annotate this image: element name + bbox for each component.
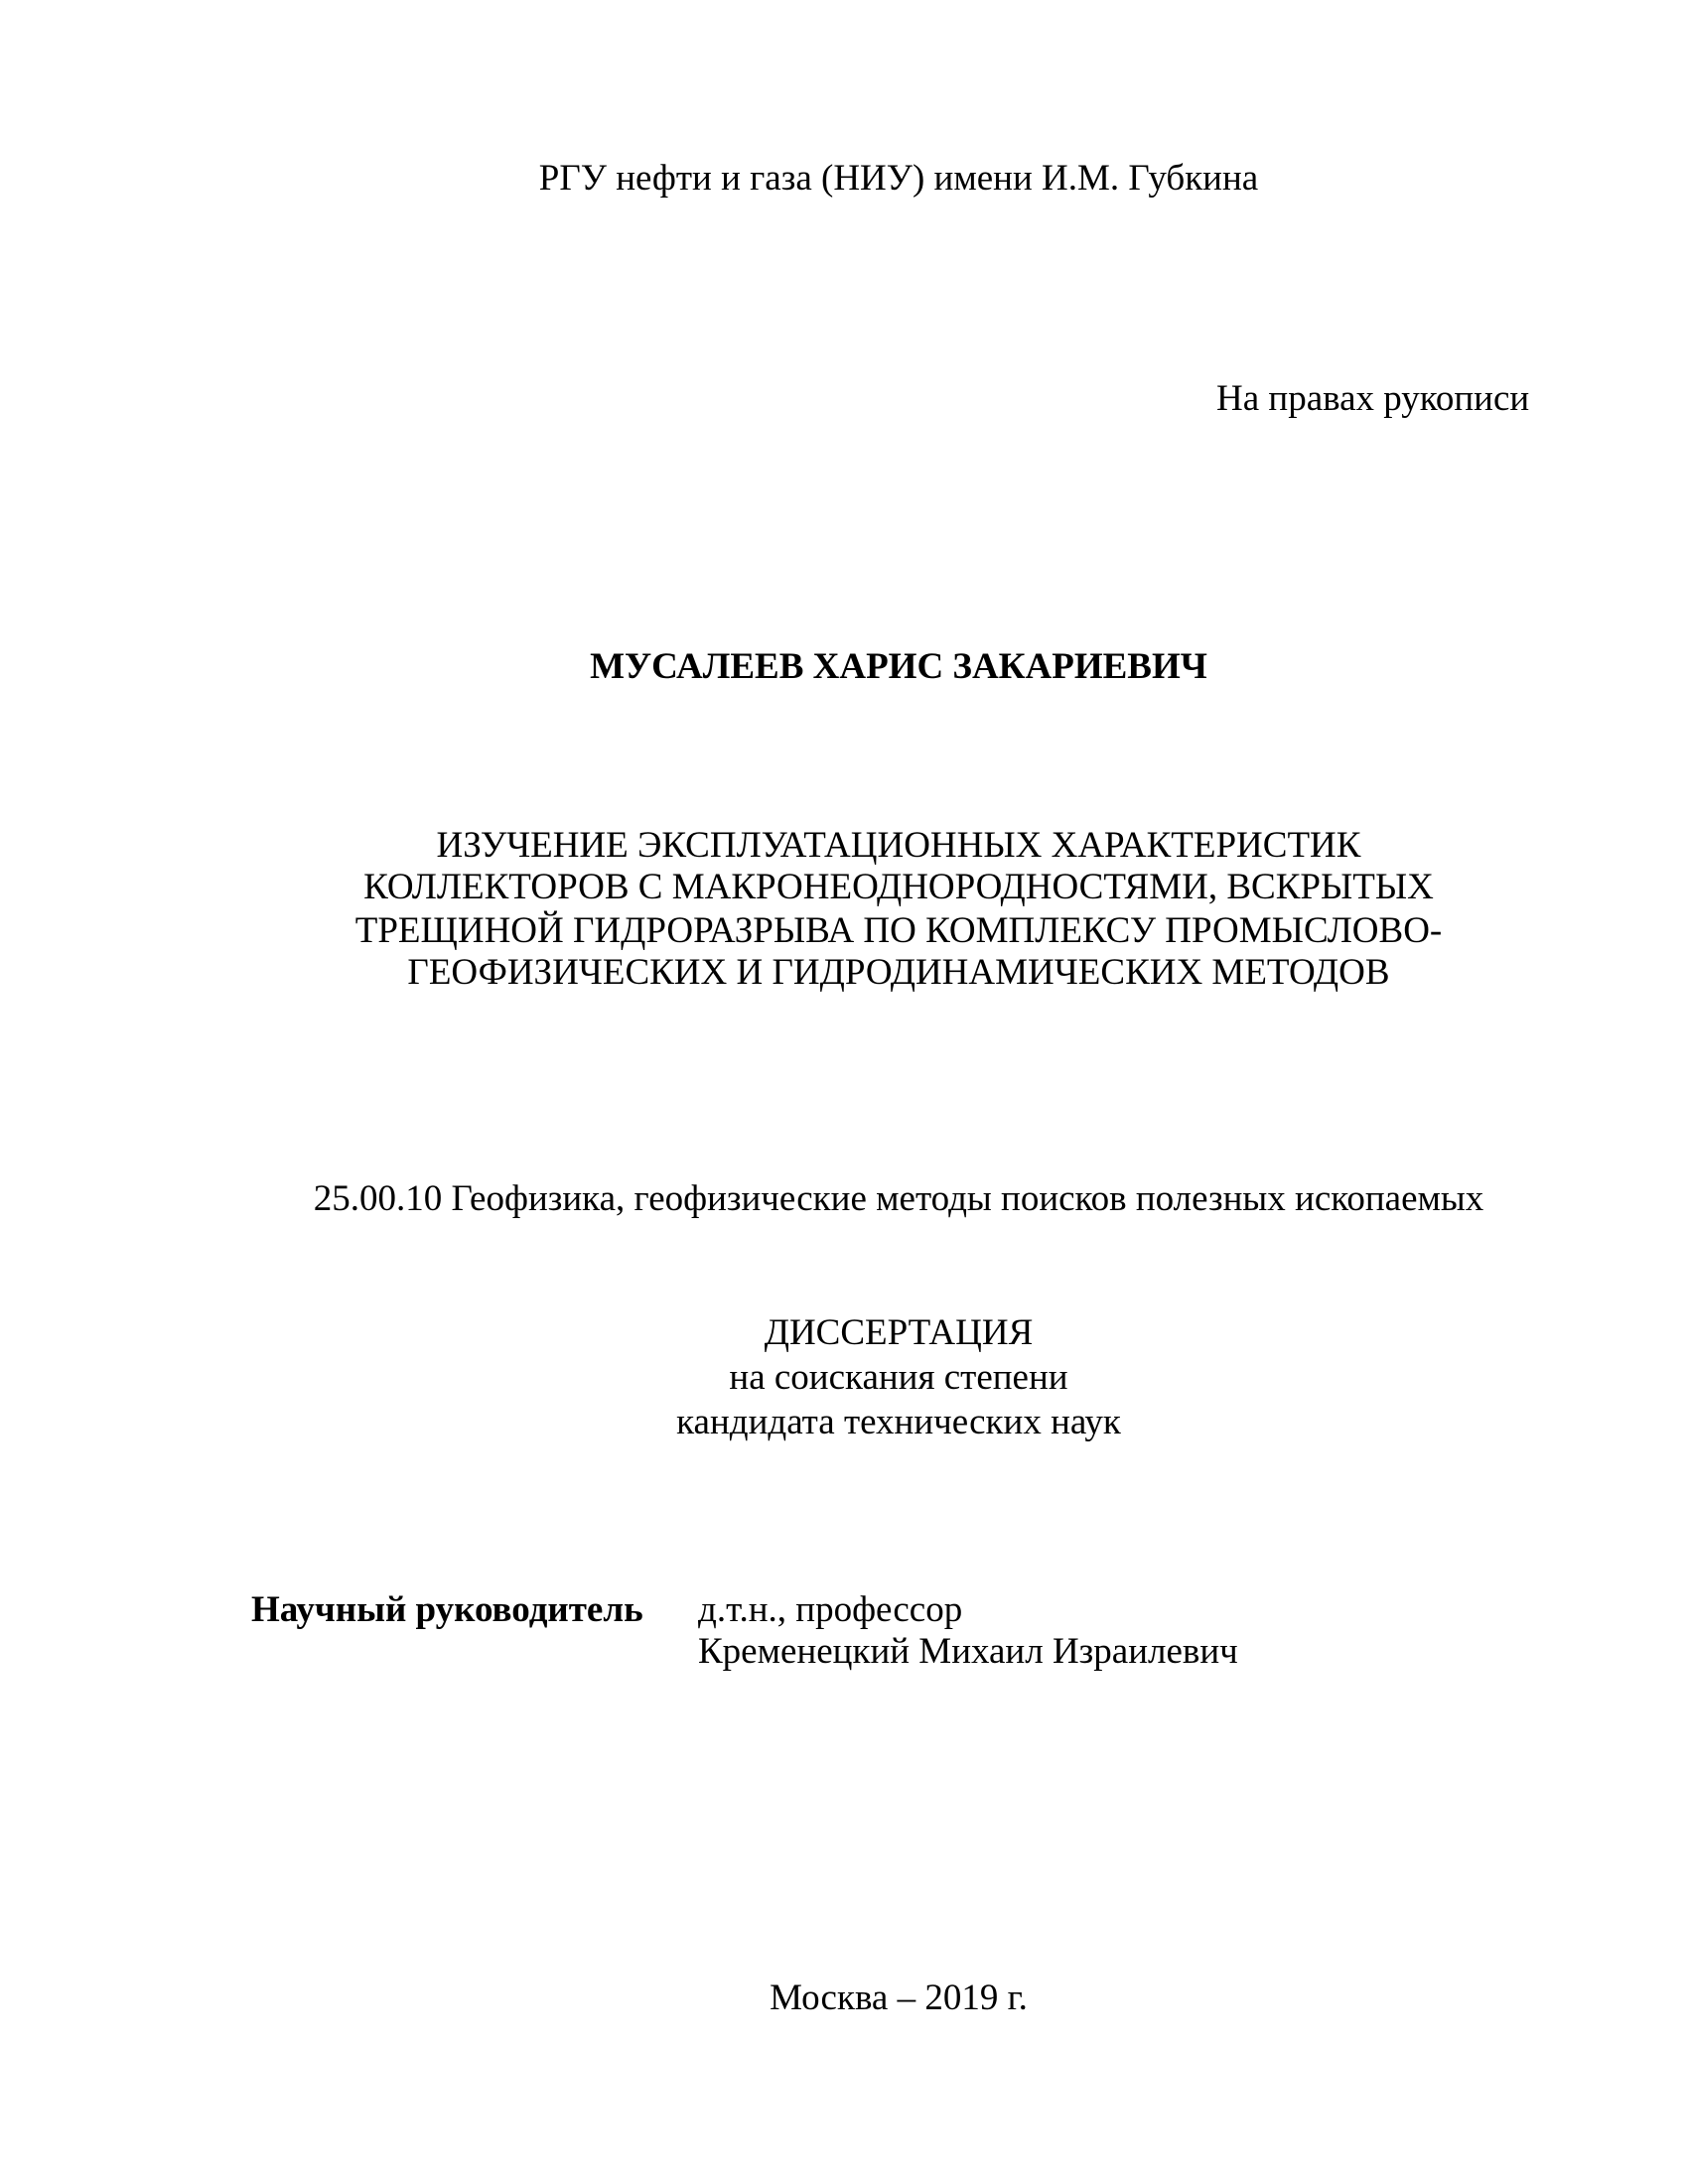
supervisor-name: Кременецкий Михаил Израилевич: [698, 1633, 1238, 1670]
institution-name: РГУ нефти и газа (НИУ) имени И.М. Губкин…: [539, 160, 1258, 197]
title-line: ИЗУЧЕНИЕ ЭКСПЛУАТАЦИОННЫХ ХАРАКТЕРИСТИК: [437, 827, 1361, 864]
title-line: ТРЕЩИНОЙ ГИДРОРАЗРЫВА ПО КОМПЛЕКСУ ПРОМЫ…: [355, 912, 1442, 949]
supervisor-label: Научный руководитель: [251, 1591, 643, 1628]
work-type-degree-line: на соискания степени: [729, 1359, 1067, 1396]
manuscript-note: На правах рукописи: [1216, 380, 1529, 417]
author-name: МУСАЛЕЕВ ХАРИС ЗАКАРИЕВИЧ: [590, 648, 1207, 685]
work-type-field-line: кандидата технических наук: [676, 1404, 1121, 1440]
title-line: КОЛЛЕКТОРОВ С МАКРОНЕОДНОРОДНОСТЯМИ, ВСК…: [363, 869, 1434, 905]
place-year: Москва – 2019 г.: [770, 1979, 1028, 2016]
title-line: ГЕОФИЗИЧЕСКИХ И ГИДРОДИНАМИЧЕСКИХ МЕТОДО…: [407, 954, 1389, 991]
supervisor-degree: д.т.н., профессор: [698, 1591, 962, 1628]
specialty-code: 25.00.10 Геофизика, геофизические методы…: [314, 1180, 1484, 1217]
work-type-heading: ДИССЕРТАЦИЯ: [765, 1314, 1034, 1351]
